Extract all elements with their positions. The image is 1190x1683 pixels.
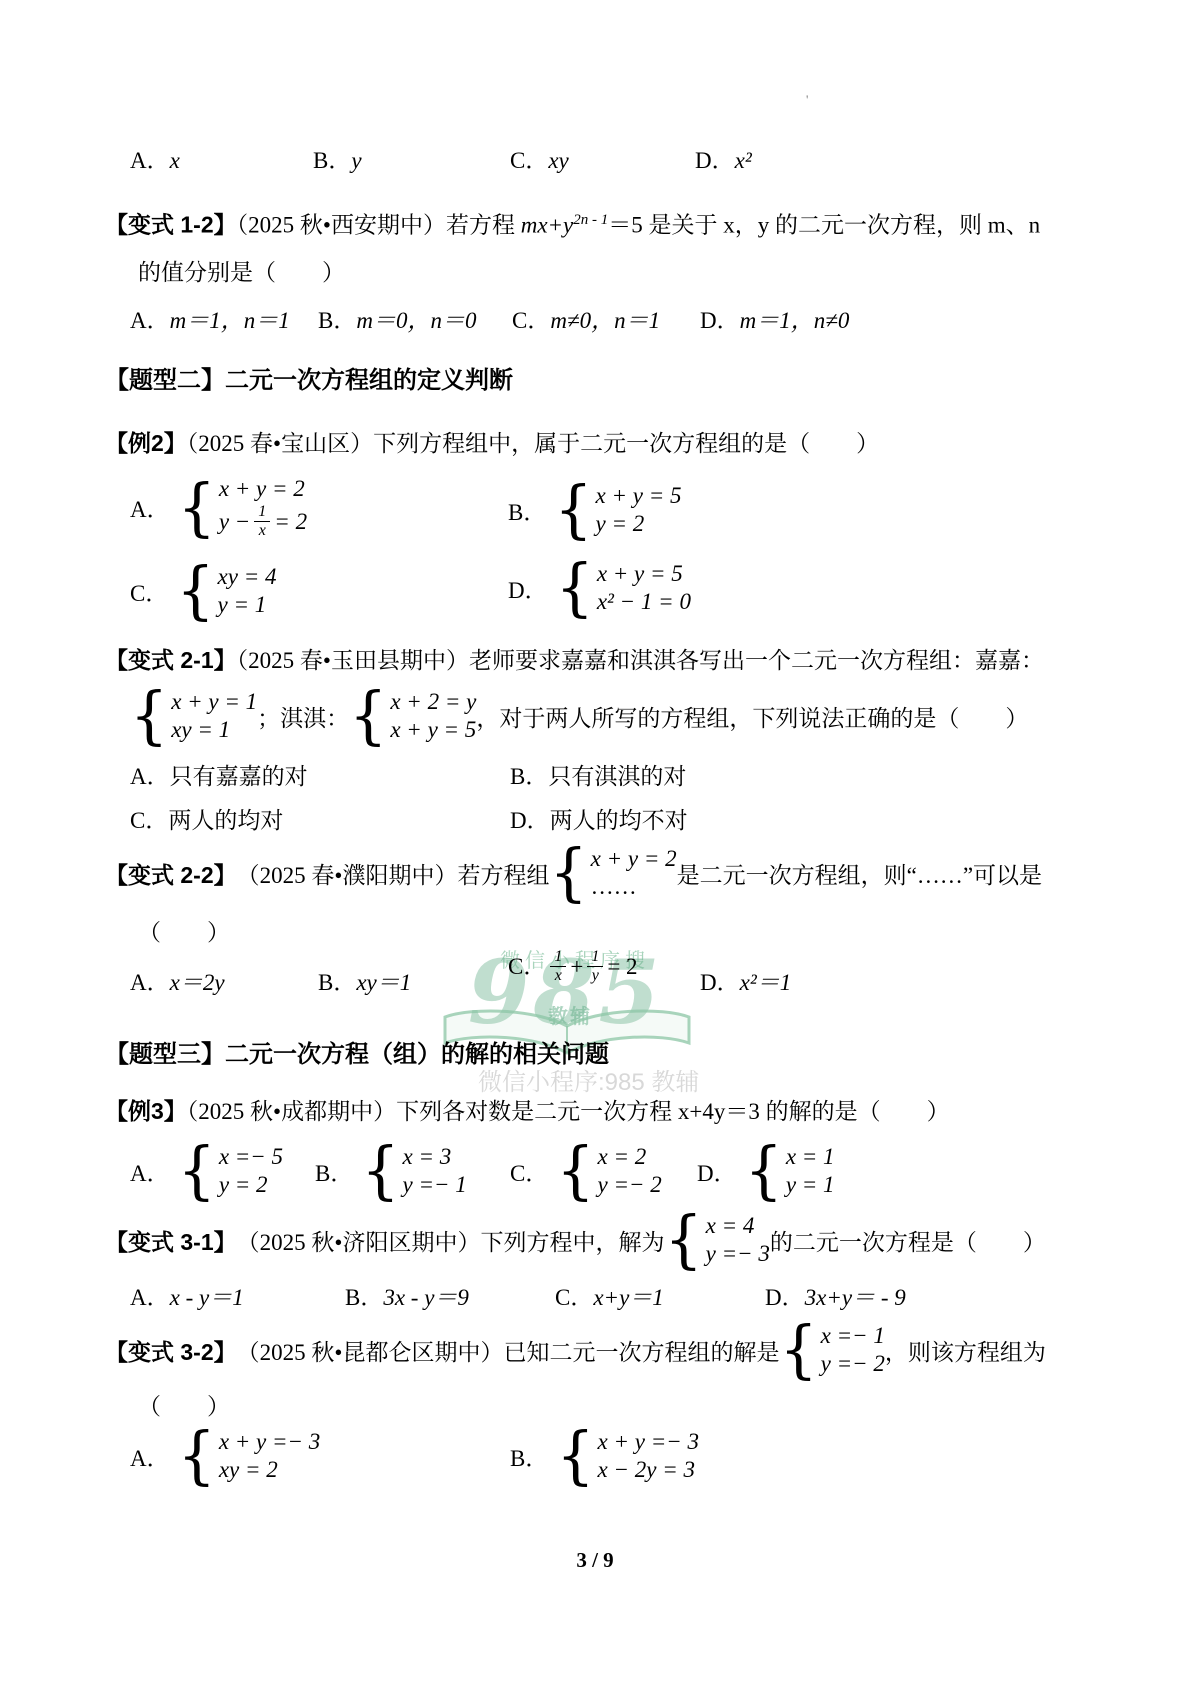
equation-row: y =− 2 (598, 1171, 662, 1199)
v22-line1: 【变式 2-2】 （2025 春•濮阳期中）若方程组 {x + y = 2…… … (105, 845, 1042, 901)
v12-option-d: D．m＝1，n≠0 (700, 306, 849, 336)
equation-row: x =− 5 (219, 1143, 283, 1171)
worksheet-page: 微信小程序搜 985 教辅 微信小程序:985 教辅 ' A．x B．y C．x… (0, 0, 1190, 1683)
brace-glyph: { (349, 688, 387, 745)
plus-sign: + (570, 952, 583, 982)
option-label: B． (318, 970, 356, 995)
option-label: A． (130, 1440, 170, 1473)
problem-tag: 【变式 1-2】 (105, 212, 237, 238)
option-label: C． (555, 1285, 593, 1310)
brace-glyph: { (178, 479, 216, 536)
option-label: B． (510, 764, 548, 789)
equation-part: y − (219, 508, 250, 536)
option-label: B． (508, 494, 546, 527)
v12-option-c: C．m≠0，n＝1 (512, 306, 660, 336)
option-label: C． (512, 308, 550, 333)
problem-text: 的二元一次方程是（ ） (770, 1224, 1046, 1257)
option-math: m＝1，n≠0 (740, 308, 850, 333)
option-label: A． (130, 1285, 170, 1310)
equation-row: y =− 1 (403, 1171, 467, 1199)
problem-text: 是二元一次方程组，则“……”可以是 (677, 857, 1042, 890)
ex2-option-b: B． {x + y = 5y = 2 (508, 482, 682, 538)
ex3-option-d: D． {x = 1y = 1 (697, 1143, 835, 1199)
equation-system: {x + y = 5y = 2 (554, 482, 681, 538)
ex2-option-a: A． { x + y = 2 y − 1 x = 2 (130, 475, 307, 540)
problem-tag: 【例3】 (105, 1098, 187, 1124)
ex2-option-c: C． {xy = 4y = 1 (130, 563, 276, 619)
v12-option-a: A．m＝1，n＝1 (130, 306, 290, 336)
brace-glyph: { (361, 1143, 399, 1200)
option-label: B． (318, 308, 356, 333)
page-number: 3 / 9 (0, 1548, 1190, 1573)
option-math: xy＝1 (356, 970, 411, 995)
equation-row: y = 1 (786, 1171, 835, 1199)
fraction-numerator: 1 (550, 948, 566, 967)
option-label: A． (130, 764, 170, 789)
option-math: y (351, 148, 361, 173)
fraction: 1 x (254, 503, 270, 540)
equation-row: x + y = 2 (219, 475, 307, 503)
v21-line1: 【变式 2-1】（2025 春•玉田县期中）老师要求嘉嘉和淇淇各写出一个二元一次… (105, 645, 1044, 676)
option-label: B． (510, 1440, 548, 1473)
option-label: D． (695, 148, 735, 173)
section-heading-3: 【题型三】二元一次方程（组）的解的相关问题 (105, 1034, 609, 1069)
brace-glyph: { (554, 482, 592, 539)
v31-option-d: D．3x+y＝ - 9 (765, 1283, 906, 1313)
option-label: C． (130, 808, 168, 833)
equation-system: {x + y = 2…… (549, 845, 676, 901)
fraction-denominator: x (555, 967, 562, 985)
brace-glyph: { (178, 1428, 216, 1485)
brace-glyph: { (549, 845, 587, 902)
equation-system: {x + y = 5x² − 1 = 0 (556, 560, 691, 616)
equation-row: y =− 3 (706, 1240, 770, 1268)
fraction-numerator: 1 (587, 948, 603, 967)
equation-row: xy = 2 (219, 1456, 320, 1484)
brace-glyph: { (556, 1428, 594, 1485)
ex3-option-b: B． {x = 3y =− 1 (315, 1143, 467, 1199)
option-label: C． (510, 1155, 548, 1188)
v12-line2: 的值分别是（ ） (138, 258, 345, 288)
option-label: A． (130, 308, 170, 333)
equation-part: = 2 (274, 508, 307, 536)
problem-tag: 【变式 3-1】 (105, 1224, 237, 1257)
fraction-denominator: y (592, 967, 599, 985)
v21-option-b: B．只有淇淇的对 (510, 762, 686, 792)
option-label: D． (510, 808, 550, 833)
solution-pair: {x =− 5y = 2 (178, 1143, 283, 1199)
v31-option-c: C．x+y＝1 (555, 1283, 664, 1313)
option-text: 只有淇淇的对 (548, 764, 686, 789)
equation-system: {x + y =− 3xy = 2 (178, 1428, 321, 1484)
option-label: B． (313, 148, 351, 173)
problem-text: （2025 春•宝山区）下列方程组中，属于二元一次方程组的是（ ） (187, 431, 879, 456)
equation-row: x + y = 5 (596, 482, 682, 510)
option-math: x＝2y (170, 970, 225, 995)
brace-glyph: { (664, 1212, 702, 1269)
brace-glyph: { (556, 560, 594, 617)
problem-text: （2025 春•玉田县期中）老师要求嘉嘉和淇淇各写出一个二元一次方程组：嘉嘉： (237, 648, 1044, 673)
brace-glyph: { (556, 1143, 594, 1200)
equation-row: …… (591, 873, 677, 901)
problem-text: ，则该方程组为 (885, 1334, 1046, 1367)
option-text: 只有嘉嘉的对 (170, 764, 308, 789)
problem-tag: 【变式 3-2】 (105, 1334, 237, 1367)
ex3-option-a: A． {x =− 5y = 2 (130, 1143, 283, 1199)
brace-glyph: { (779, 1322, 817, 1379)
equation-row: x + y =− 3 (598, 1428, 699, 1456)
equation-row: y = 2 (596, 510, 682, 538)
v21-systems-line: {x + y = 1xy = 1 ；淇淇： {x + 2 = yx + y = … (130, 688, 1028, 744)
option-label: A． (130, 491, 170, 524)
v21-option-c: C．两人的均对 (130, 806, 283, 836)
option-math: x (170, 148, 180, 173)
equation-row: x + y = 5 (390, 716, 476, 744)
equation-system: {xy = 4y = 1 (176, 563, 276, 619)
option-math: x²＝1 (740, 970, 792, 995)
equation-row: x² − 1 = 0 (597, 588, 691, 616)
option-math: m≠0，n＝1 (550, 308, 660, 333)
v12-option-b: B．m＝0，n＝0 (318, 306, 476, 336)
q1-option-a: A．x (130, 146, 180, 176)
option-math: xy (548, 148, 568, 173)
v32-line2: （ ） (138, 1392, 230, 1422)
solution-pair: {x = 2y =− 2 (556, 1143, 661, 1199)
equation-row: x = 3 (403, 1143, 467, 1171)
problem-text: （2025 秋•济阳区期中）下列方程中，解为 (237, 1224, 665, 1257)
solution-pair: {x =− 1y =− 2 (779, 1322, 884, 1378)
option-label: C． (510, 148, 548, 173)
ex2-option-d: D． {x + y = 5x² − 1 = 0 (508, 560, 691, 616)
v22-option-c: C． 1x + 1y = 2 (508, 948, 638, 985)
option-label: D． (700, 308, 740, 333)
fraction-numerator: 1 (254, 503, 270, 522)
equation-system: { x + y = 2 y − 1 x = 2 (178, 475, 307, 540)
brace-glyph: { (130, 688, 168, 745)
option-text: 两人的均不对 (550, 808, 688, 833)
v22-option-d: D．x²＝1 (700, 968, 791, 998)
v12-line1: 【变式 1-2】（2025 秋•西安期中）若方程 mx+y2n - 1＝5 是关… (105, 205, 1040, 241)
equation-base: mx+y (521, 213, 574, 238)
brace-glyph: { (178, 1143, 216, 1200)
equation-row: x + 2 = y (390, 688, 476, 716)
v32-line: 【变式 3-2】 （2025 秋•昆都仑区期中）已知二元一次方程组的解是 {x … (105, 1322, 1046, 1378)
fraction-denominator: x (259, 522, 266, 540)
option-label: C． (130, 575, 168, 608)
equation-row: y − 1 x = 2 (219, 503, 307, 540)
equation-row: y = 1 (218, 591, 277, 619)
v21-option-d: D．两人的均不对 (510, 806, 688, 836)
option-label: D． (697, 1155, 737, 1188)
equation-row: x + y = 5 (597, 560, 691, 588)
option-label: B． (315, 1155, 353, 1188)
connector-text: ；淇淇： (257, 700, 349, 733)
equation-row: x = 2 (598, 1143, 662, 1171)
stray-tick-mark: ' (806, 92, 808, 108)
option-math: x+y＝1 (593, 1285, 663, 1310)
option-math: x - y＝1 (170, 1285, 244, 1310)
v31-line: 【变式 3-1】 （2025 秋•济阳区期中）下列方程中，解为 {x = 4y … (105, 1212, 1046, 1268)
equation-row: xy = 1 (171, 716, 257, 744)
solution-pair: {x = 1y = 1 (745, 1143, 835, 1199)
v21-option-a: A．只有嘉嘉的对 (130, 762, 308, 792)
brace-glyph: { (745, 1143, 783, 1200)
v31-option-b: B．3x - y＝9 (345, 1283, 469, 1313)
option-math: 3x+y＝ - 9 (805, 1285, 906, 1310)
equation-row: x + y = 2 (591, 845, 677, 873)
q1-option-c: C．xy (510, 146, 569, 176)
v22-line2: （ ） (138, 918, 230, 948)
equation-row: x + y =− 3 (219, 1428, 320, 1456)
section-heading-2: 【题型二】二元一次方程组的定义判断 (105, 360, 513, 395)
option-math: m＝0，n＝0 (356, 308, 476, 333)
brace-glyph: { (176, 563, 214, 620)
equation-part: = 2 (607, 952, 637, 982)
equation-row: x = 4 (706, 1212, 770, 1240)
solution-pair: {x = 3y =− 1 (361, 1143, 466, 1199)
equation-system-qiqi: {x + 2 = yx + y = 5 (349, 688, 476, 744)
option-label: A． (130, 148, 170, 173)
problem-text: （2025 秋•成都期中）下列各对数是二元一次方程 x+4y＝3 的解的是（ ） (187, 1099, 950, 1124)
problem-text: ＝5 是关于 x，y 的二元一次方程，则 m、n (608, 213, 1040, 238)
problem-tag: 【变式 2-1】 (105, 647, 237, 673)
q1-option-d: D．x² (695, 146, 752, 176)
option-text: 两人的均对 (168, 808, 283, 833)
equation-system-jiajia: {x + y = 1xy = 1 (130, 688, 257, 744)
v22-option-b: B．xy＝1 (318, 968, 411, 998)
solution-pair: {x = 4y =− 3 (664, 1212, 769, 1268)
v32-option-a: A． {x + y =− 3xy = 2 (130, 1428, 320, 1484)
equation-row: y =− 2 (821, 1350, 885, 1378)
equation-row: y = 2 (219, 1171, 283, 1199)
problem-text: （2025 春•濮阳期中）若方程组 (237, 857, 550, 890)
option-label: D． (765, 1285, 805, 1310)
option-math: x² (735, 148, 752, 173)
equation-row: x =− 1 (821, 1322, 885, 1350)
ex3-line: 【例3】（2025 秋•成都期中）下列各对数是二元一次方程 x+4y＝3 的解的… (105, 1096, 950, 1127)
equation-row: x − 2y = 3 (598, 1456, 699, 1484)
v31-option-a: A．x - y＝1 (130, 1283, 244, 1313)
equation-row: x = 1 (786, 1143, 835, 1171)
problem-tag: 【例2】 (105, 430, 187, 456)
option-label: C． (508, 952, 546, 982)
problem-text: ，对于两人所写的方程组，下列说法正确的是（ ） (476, 700, 1028, 733)
option-label: D． (700, 970, 740, 995)
fraction: 1x (550, 948, 566, 985)
equation-row: xy = 4 (218, 563, 277, 591)
ex2-line: 【例2】（2025 春•宝山区）下列方程组中，属于二元一次方程组的是（ ） (105, 428, 879, 459)
equation-exponent: 2n - 1 (573, 212, 608, 228)
fraction: 1y (587, 948, 603, 985)
problem-text: （2025 秋•昆都仑区期中）已知二元一次方程组的解是 (237, 1334, 780, 1367)
option-math: m＝1，n＝1 (170, 308, 290, 333)
option-label: A． (130, 1155, 170, 1188)
problem-tag: 【变式 2-2】 (105, 857, 237, 890)
option-label: A． (130, 970, 170, 995)
q1-option-b: B．y (313, 146, 362, 176)
v22-option-a: A．x＝2y (130, 968, 225, 998)
v32-option-b: B． {x + y =− 3x − 2y = 3 (510, 1428, 699, 1484)
ex3-option-c: C． {x = 2y =− 2 (510, 1143, 662, 1199)
equation-row: x + y = 1 (171, 688, 257, 716)
equation-system: {x + y =− 3x − 2y = 3 (556, 1428, 699, 1484)
option-label: D． (508, 572, 548, 605)
problem-source: （2025 秋•西安期中）若方程 (237, 213, 521, 238)
option-math: 3x - y＝9 (383, 1285, 469, 1310)
option-label: B． (345, 1285, 383, 1310)
